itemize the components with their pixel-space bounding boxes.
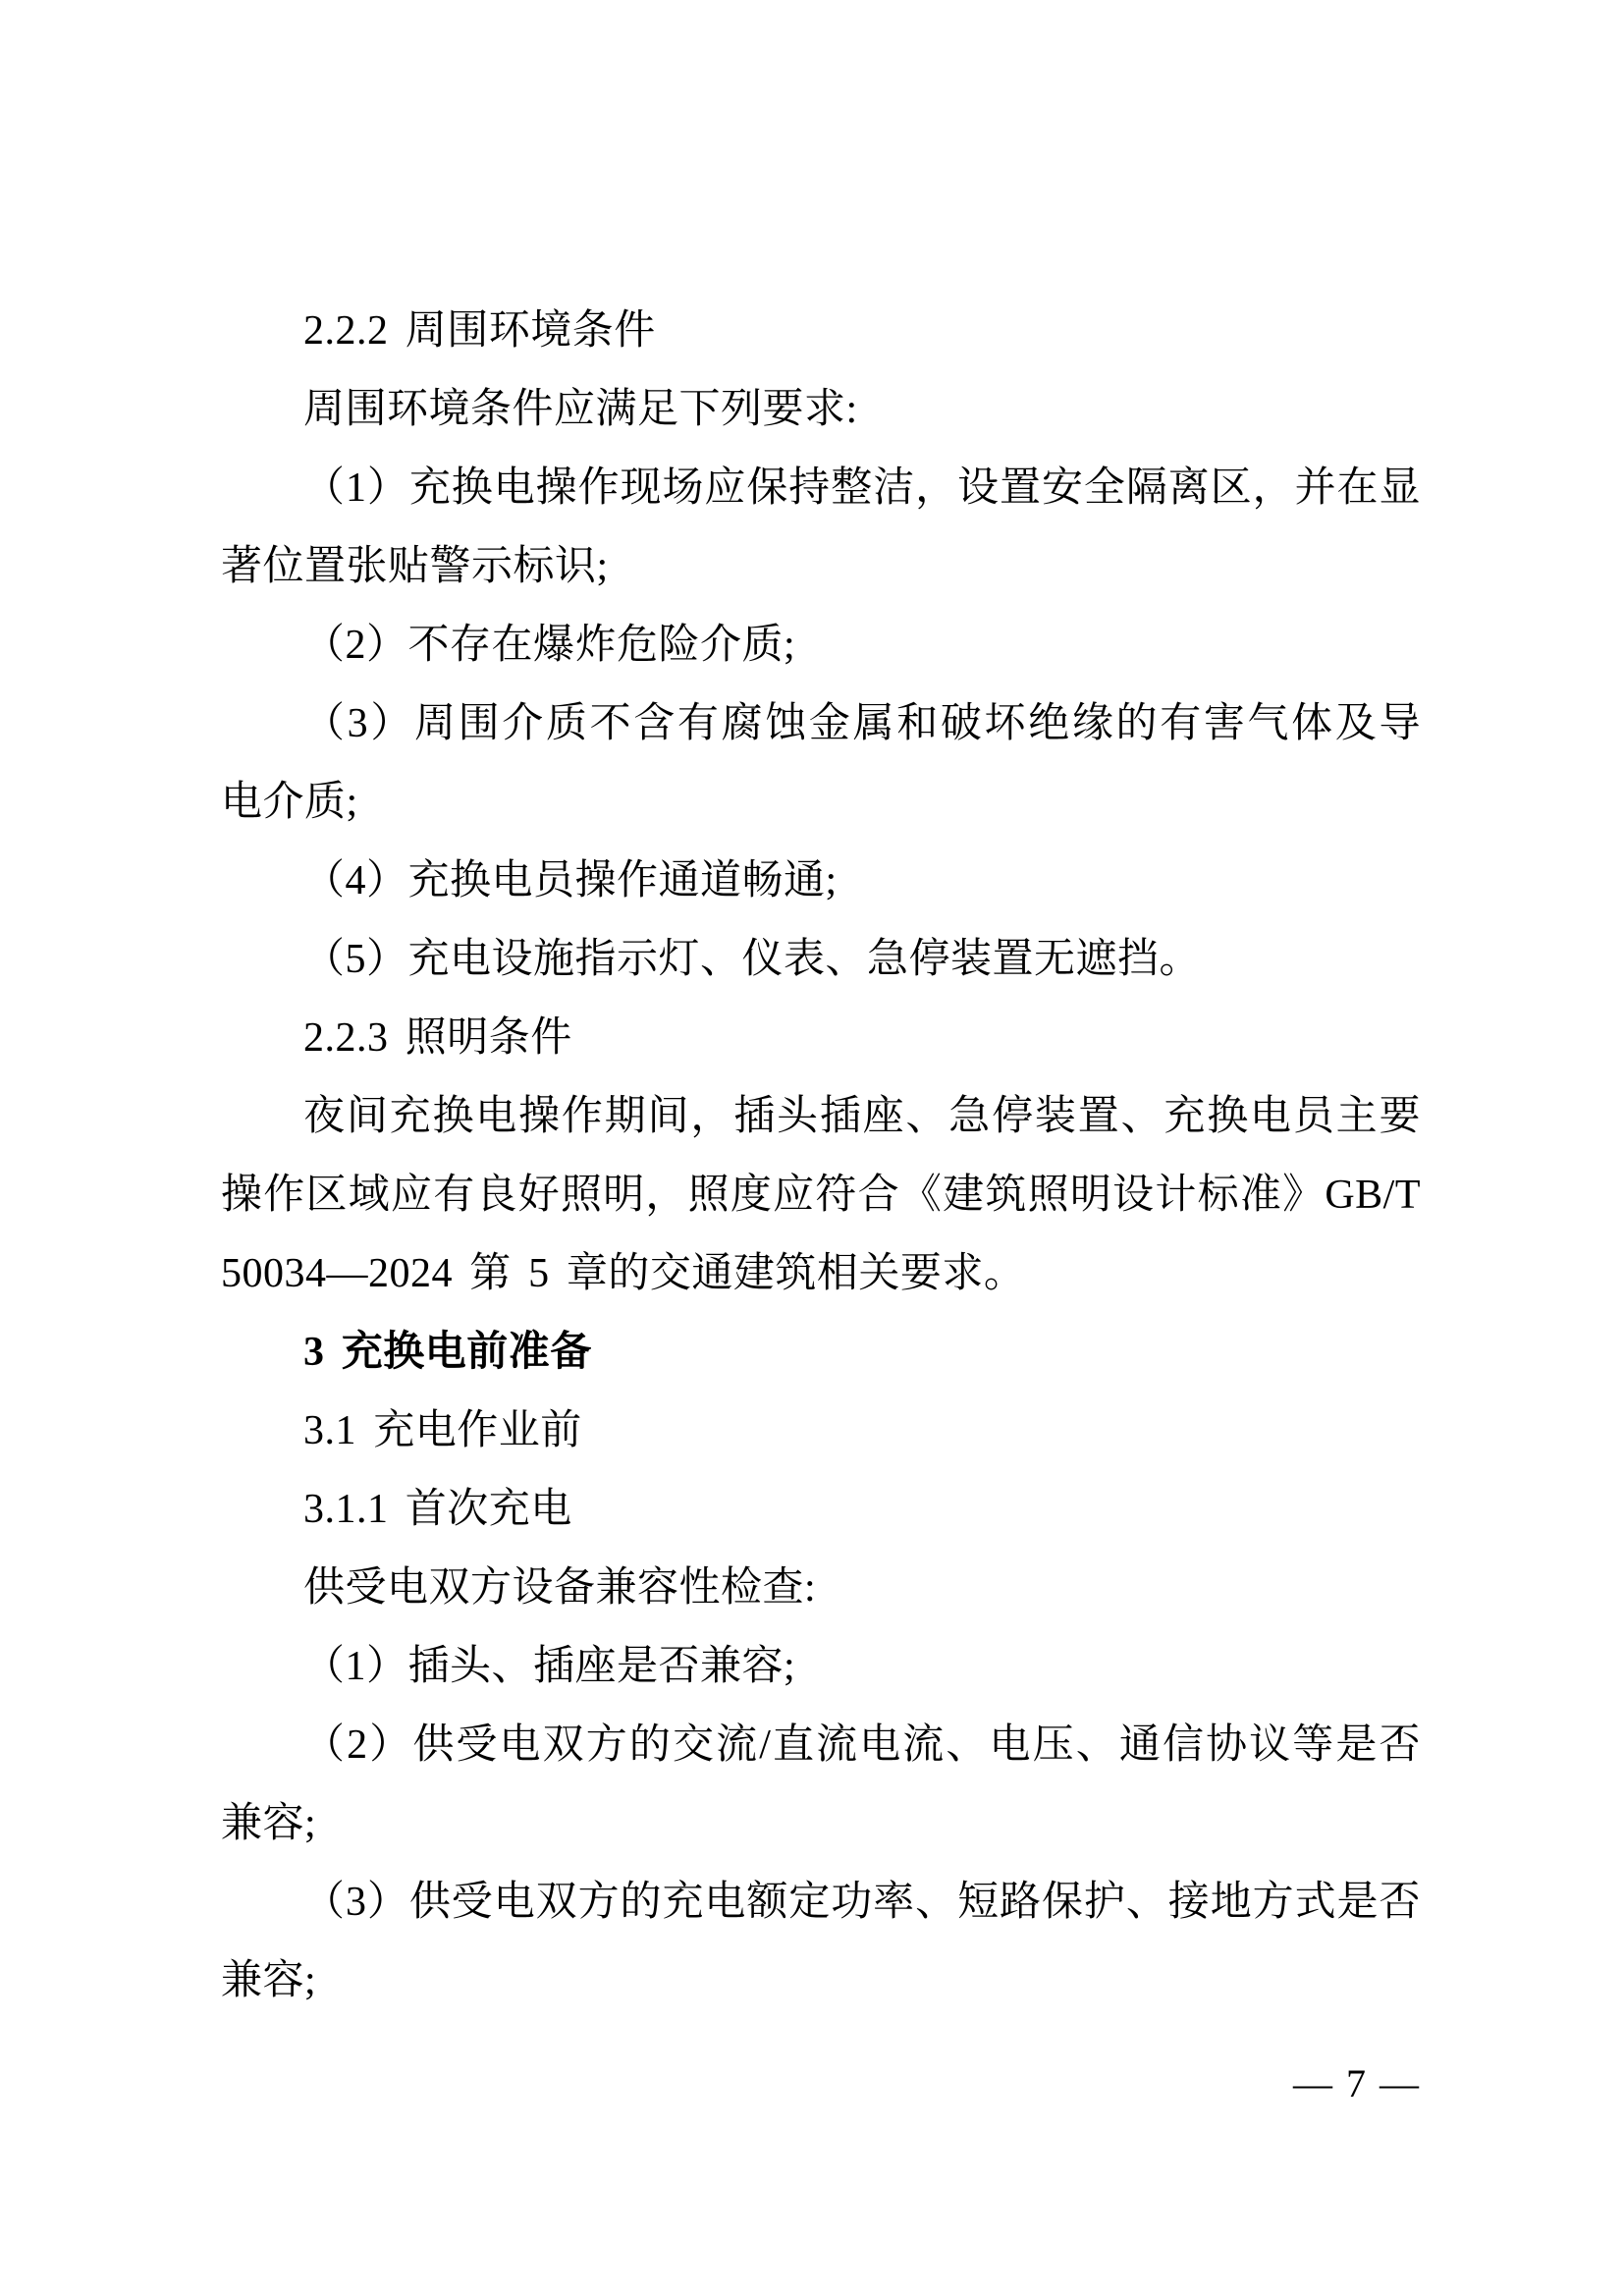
text-line: 3.1.1 首次充电: [221, 1470, 1421, 1549]
text-line: 2.2.2 周围环境条件: [221, 292, 1421, 370]
text-line: （3）供受电双方的充电额定功率、短路保护、接地方式是否: [221, 1863, 1421, 1941]
text-line: 操作区域应有良好照明，照度应符合《建筑照明设计标准》GB/T: [221, 1156, 1421, 1234]
document-body: 2.2.2 周围环境条件周围环境条件应满足下列要求:（1）充换电操作现场应保持整…: [221, 292, 1421, 2020]
text-line: 兼容;: [221, 1941, 1421, 2020]
section-heading-line: 3 充换电前准备: [221, 1313, 1421, 1392]
text-line: 50034—2024 第 5 章的交通建筑相关要求。: [221, 1234, 1421, 1313]
text-line: （1）充换电操作现场应保持整洁，设置安全隔离区，并在显: [221, 449, 1421, 527]
text-line: 夜间充换电操作期间，插头插座、急停装置、充换电员主要: [221, 1077, 1421, 1156]
text-line: 兼容;: [221, 1784, 1421, 1863]
text-line: 2.2.3 照明条件: [221, 999, 1421, 1077]
text-line: （1）插头、插座是否兼容;: [221, 1627, 1421, 1706]
text-line: 3.1 充电作业前: [221, 1392, 1421, 1470]
text-line: 供受电双方设备兼容性检查:: [221, 1549, 1421, 1627]
text-line: （2）供受电双方的交流/直流电流、电压、通信协议等是否: [221, 1706, 1421, 1784]
text-line: （5）充电设施指示灯、仪表、急停装置无遮挡。: [221, 920, 1421, 999]
document-page: 2.2.2 周围环境条件周围环境条件应满足下列要求:（1）充换电操作现场应保持整…: [0, 0, 1623, 2296]
text-line: 著位置张贴警示标识;: [221, 527, 1421, 606]
text-line: （4）充换电员操作通道畅通;: [221, 842, 1421, 920]
text-line: 周围环境条件应满足下列要求:: [221, 370, 1421, 449]
text-line: 电介质;: [221, 763, 1421, 842]
text-line: （2）不存在爆炸危险介质;: [221, 606, 1421, 684]
page-number: — 7 —: [1293, 2060, 1421, 2107]
text-line: （3）周围介质不含有腐蚀金属和破坏绝缘的有害气体及导: [221, 684, 1421, 763]
